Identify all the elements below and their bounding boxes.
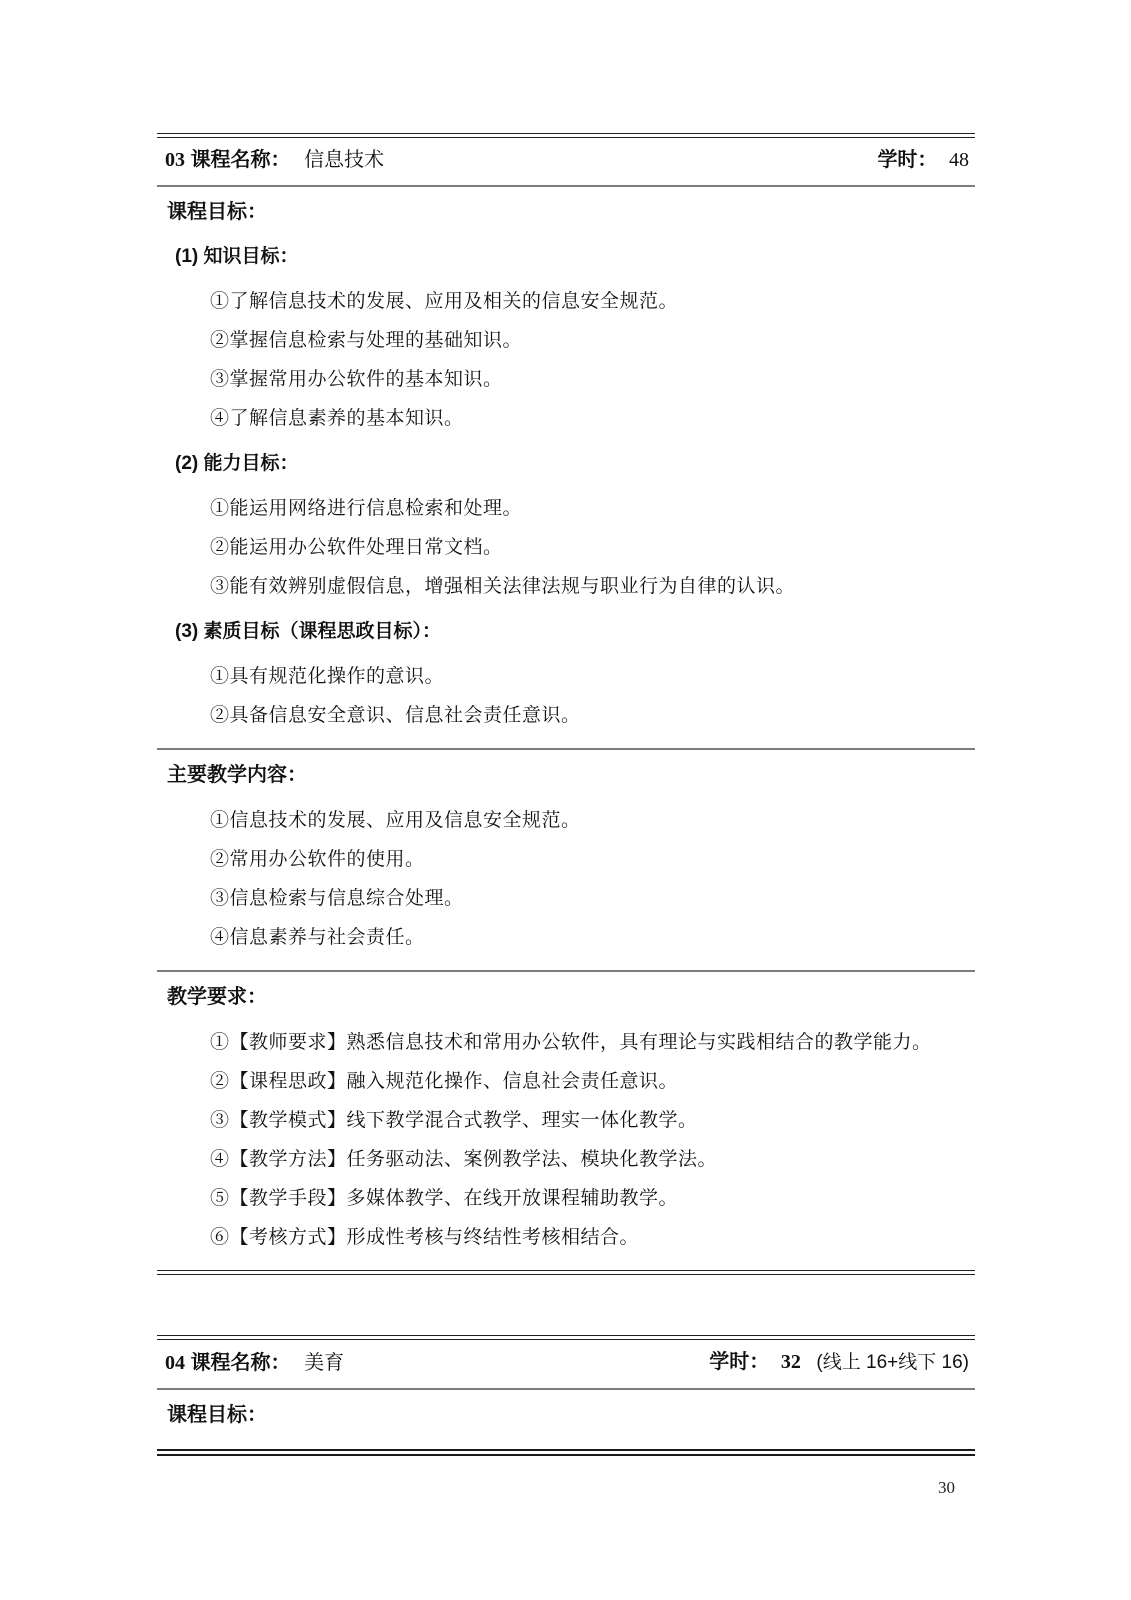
quality-objectives-list: ①具有规范化操作的意识。 ②具备信息安全意识、信息社会责任意识。 bbox=[157, 665, 975, 728]
page-content: 03 课程名称： 信息技术 学时： 48 课程目标： (1) 知识目标： ①了解… bbox=[157, 133, 975, 1456]
objectives-title: 课程目标： bbox=[167, 200, 975, 224]
teaching-requirements-list: ①【教师要求】熟悉信息技术和常用办公软件，具有理论与实践相结合的教学能力。 ②【… bbox=[157, 1031, 975, 1250]
requirement-item: ①【教师要求】熟悉信息技术和常用办公软件，具有理论与实践相结合的教学能力。 bbox=[210, 1031, 975, 1055]
teaching-content-list: ①信息技术的发展、应用及信息安全规范。 ②常用办公软件的使用。 ③信息检索与信息… bbox=[157, 809, 975, 950]
course-block-04: 04 课程名称： 美育 学时： 32 (线上 16+线下 16) 课程目标： bbox=[157, 1335, 975, 1456]
course-name-value: 信息技术 bbox=[304, 149, 384, 171]
header-divider bbox=[157, 185, 975, 187]
objectives-title: 课程目标： bbox=[167, 1403, 975, 1427]
ability-objectives-heading: (2) 能力目标： bbox=[175, 452, 975, 475]
objective-item: ③能有效辨别虚假信息，增强相关法律法规与职业行为自律的认识。 bbox=[210, 575, 975, 599]
course-header-row: 03 课程名称： 信息技术 学时： 48 bbox=[157, 138, 975, 185]
objective-item: ①能运用网络进行信息检索和处理。 bbox=[210, 497, 975, 521]
course-title: 04 课程名称： 美育 bbox=[165, 1350, 344, 1376]
course-name-value: 美育 bbox=[304, 1352, 344, 1374]
content-item: ①信息技术的发展、应用及信息安全规范。 bbox=[210, 809, 975, 833]
course-hours: 学时： 32 (线上 16+线下 16) bbox=[709, 1349, 969, 1376]
knowledge-objectives-heading: (1) 知识目标： bbox=[175, 245, 975, 268]
course-hours: 学时： 48 bbox=[877, 147, 969, 173]
course-number: 03 bbox=[165, 149, 185, 171]
hours-value: 32 bbox=[781, 1351, 801, 1373]
requirement-item: ②【课程思政】融入规范化操作、信息社会责任意识。 bbox=[210, 1070, 975, 1094]
course-block-03: 03 课程名称： 信息技术 学时： 48 课程目标： (1) 知识目标： ①了解… bbox=[157, 133, 975, 1275]
course-title: 03 课程名称： 信息技术 bbox=[165, 147, 384, 173]
section-divider bbox=[157, 748, 975, 750]
objective-item: ①了解信息技术的发展、应用及相关的信息安全规范。 bbox=[210, 290, 975, 314]
section-divider bbox=[157, 970, 975, 972]
objective-item: ②掌握信息检索与处理的基础知识。 bbox=[210, 329, 975, 353]
page-number: 30 bbox=[938, 1478, 955, 1498]
course-name-label: 课程名称： bbox=[191, 149, 291, 171]
objective-item: ②具备信息安全意识、信息社会责任意识。 bbox=[210, 704, 975, 728]
requirement-item: ④【教学方法】任务驱动法、案例教学法、模块化教学法。 bbox=[210, 1148, 975, 1172]
table-bottom-border-thick bbox=[157, 1449, 975, 1456]
content-item: ④信息素养与社会责任。 bbox=[210, 926, 975, 950]
hours-label: 学时： bbox=[709, 1351, 769, 1373]
content-item: ②常用办公软件的使用。 bbox=[210, 848, 975, 872]
quality-objectives-heading: (3) 素质目标（课程思政目标）： bbox=[175, 620, 975, 643]
document-page: 03 课程名称： 信息技术 学时： 48 课程目标： (1) 知识目标： ①了解… bbox=[0, 0, 1131, 1600]
teaching-requirements-title: 教学要求： bbox=[167, 985, 975, 1009]
requirement-item: ③【教学模式】线下教学混合式教学、理实一体化教学。 bbox=[210, 1109, 975, 1133]
ability-objectives-list: ①能运用网络进行信息检索和处理。 ②能运用办公软件处理日常文档。 ③能有效辨别虚… bbox=[157, 497, 975, 599]
hours-value: 48 bbox=[949, 149, 969, 171]
hours-note: (线上 16+线下 16) bbox=[816, 1352, 969, 1373]
course-number: 04 bbox=[165, 1352, 185, 1374]
requirement-item: ⑥【考核方式】形成性考核与终结性考核相结合。 bbox=[210, 1226, 975, 1250]
course-name-label: 课程名称： bbox=[191, 1352, 291, 1374]
objective-item: ④了解信息素养的基本知识。 bbox=[210, 407, 975, 431]
knowledge-objectives-list: ①了解信息技术的发展、应用及相关的信息安全规范。 ②掌握信息检索与处理的基础知识… bbox=[157, 290, 975, 431]
course-header-row: 04 课程名称： 美育 学时： 32 (线上 16+线下 16) bbox=[157, 1340, 975, 1388]
objective-item: ③掌握常用办公软件的基本知识。 bbox=[210, 368, 975, 392]
teaching-content-title: 主要教学内容： bbox=[167, 763, 975, 787]
header-divider bbox=[157, 1388, 975, 1390]
objective-item: ①具有规范化操作的意识。 bbox=[210, 665, 975, 689]
content-item: ③信息检索与信息综合处理。 bbox=[210, 887, 975, 911]
hours-label: 学时： bbox=[877, 149, 937, 171]
objective-item: ②能运用办公软件处理日常文档。 bbox=[210, 536, 975, 560]
requirement-item: ⑤【教学手段】多媒体教学、在线开放课程辅助教学。 bbox=[210, 1187, 975, 1211]
table-gap bbox=[157, 1275, 975, 1335]
